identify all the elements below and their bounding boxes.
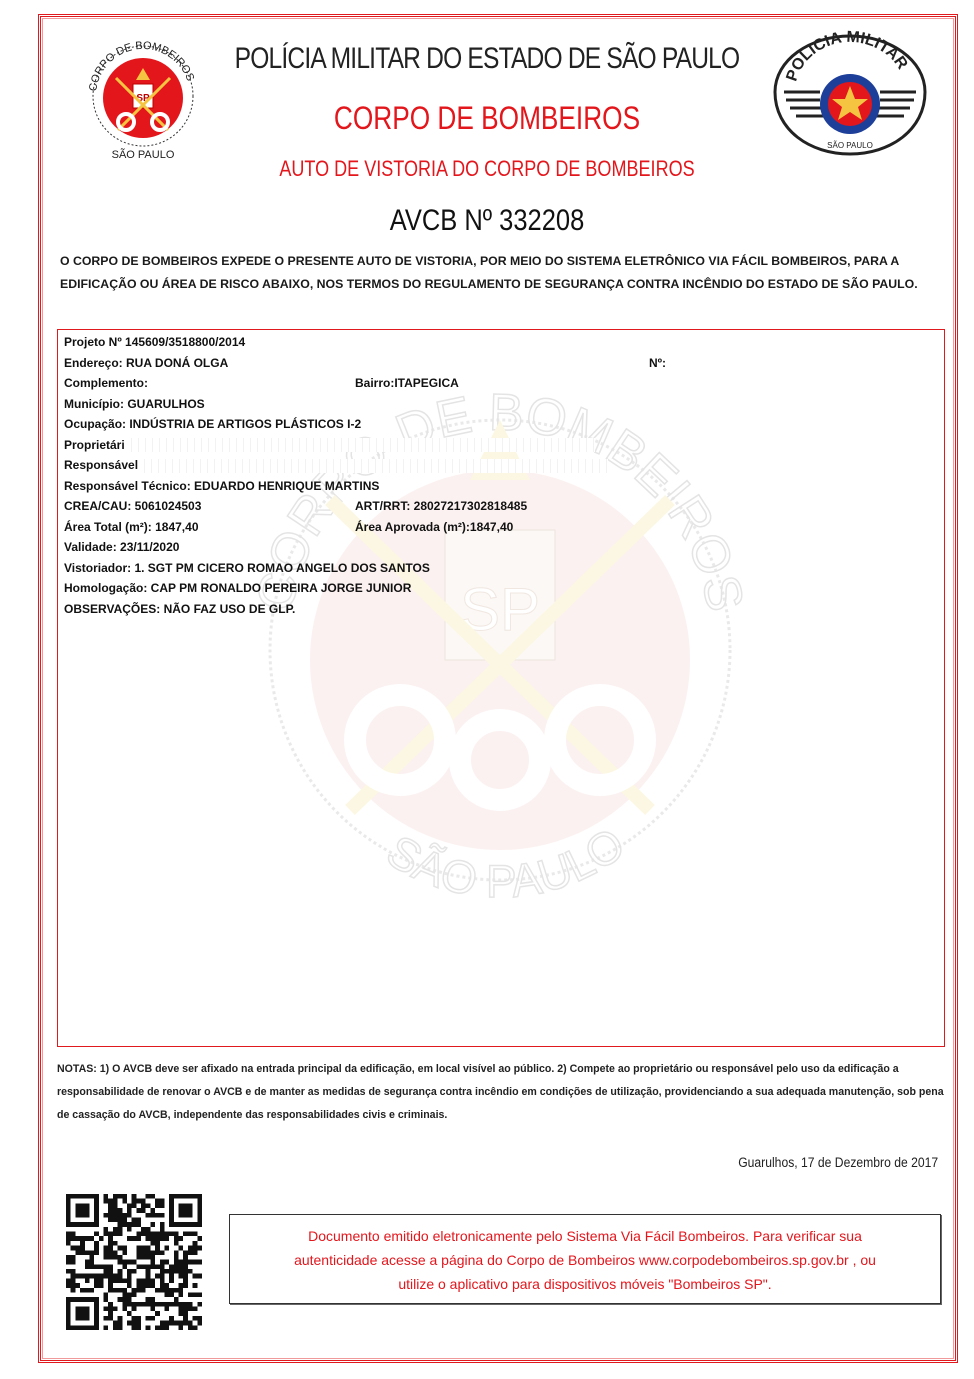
verification-notice: Documento emitido eletronicamente pelo S… — [229, 1214, 941, 1304]
avcb-number: AVCB Nº 332208 — [73, 204, 901, 238]
department-title: CORPO DE BOMBEIROS — [88, 100, 887, 137]
redacted-area — [138, 459, 608, 473]
field-validade: Validade: 23/11/2020 — [64, 540, 179, 554]
verification-line-2: autenticidade acesse a página do Corpo d… — [230, 1248, 940, 1272]
field-bairro: Bairro:ITAPEGICA — [355, 373, 459, 394]
notes-text: NOTAS: 1) O AVCB deve ser afixado na ent… — [57, 1058, 945, 1127]
qr-code-icon[interactable] — [66, 1193, 202, 1331]
field-endereco: Endereço: RUA DONÁ OLGA — [64, 356, 228, 370]
svg-text:SÃO PAULO: SÃO PAULO — [827, 141, 873, 150]
place-date: Guarulhos, 17 de Dezembro de 2017 — [738, 1155, 938, 1170]
field-art-rrt: ART/RRT: 28027217302818485 — [355, 496, 527, 517]
field-responsavel: Responsável — [64, 458, 138, 472]
field-responsavel-tecnico: Responsável Técnico: EDUARDO HENRIQUE MA… — [64, 479, 379, 493]
field-projeto: Projeto Nº 145609/3518800/2014 — [64, 335, 245, 349]
intro-text: O CORPO DE BOMBEIROS EXPEDE O PRESENTE A… — [60, 250, 950, 296]
field-numero: Nº: — [649, 353, 666, 374]
field-area-aprovada: Área Aprovada (m²):1847,40 — [355, 517, 513, 538]
field-crea-cau: CREA/CAU: 5061024503 — [64, 499, 201, 513]
field-complemento: Complemento: — [64, 376, 148, 390]
field-vistoriador: Vistoriador: 1. SGT PM CICERO ROMAO ANGE… — [64, 561, 430, 575]
field-homologacao: Homologação: CAP PM RONALDO PEREIRA JORG… — [64, 581, 411, 595]
verification-line-1: Documento emitido eletronicamente pelo S… — [230, 1224, 940, 1248]
document-type-title: AUTO DE VISTORIA DO CORPO DE BOMBEIROS — [88, 156, 887, 182]
org-title: POLÍCIA MILITAR DO ESTADO DE SÃO PAULO — [88, 42, 887, 76]
field-ocupacao: Ocupação: INDÚSTRIA DE ARTIGOS PLÁSTICOS… — [64, 417, 361, 431]
field-municipio: Município: GUARULHOS — [64, 397, 205, 411]
verification-line-3: utilize o aplicativo para dispositivos m… — [230, 1272, 940, 1296]
building-data-fields: Projeto Nº 145609/3518800/2014 Endereço:… — [64, 332, 608, 619]
field-observacoes: OBSERVAÇÕES: NÃO FAZ USO DE GLP. — [64, 602, 295, 616]
field-area-total: Área Total (m²): 1847,40 — [64, 520, 199, 534]
redacted-area — [125, 438, 595, 452]
field-proprietario: Proprietári — [64, 438, 125, 452]
